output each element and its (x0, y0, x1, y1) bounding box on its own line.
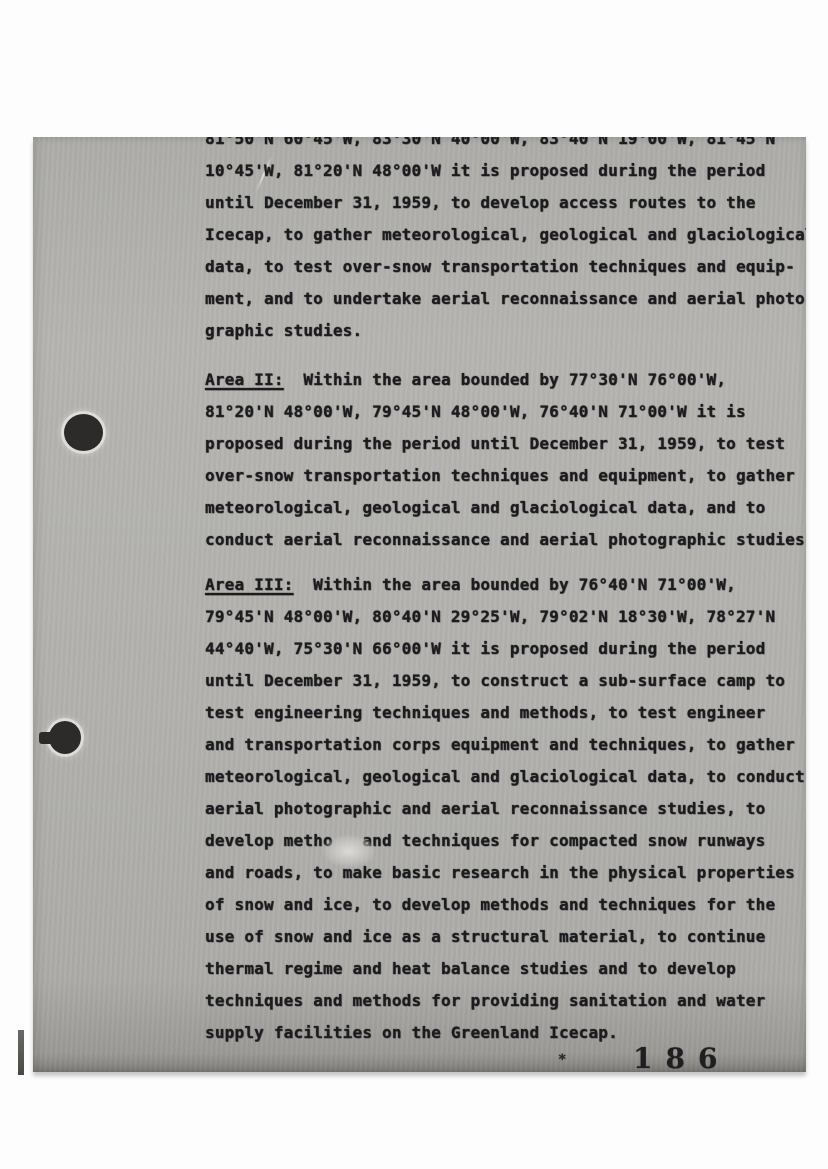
text-line: Icecap, to gather meteorological, geolog… (205, 219, 806, 251)
text-line: 10°45'W, 81°20'N 48°00'W it is proposed … (205, 155, 806, 187)
text-line: 81°20'N 48°00'W, 79°45'N 48°00'W, 76°40'… (205, 396, 806, 428)
page-number-stamp: 186 (633, 1042, 730, 1072)
area-iii-heading: Area III: (205, 575, 294, 594)
text-line: until December 31, 1959, to develop acce… (205, 187, 806, 219)
text-line: Area II: Within the area bounded by 77°3… (205, 364, 806, 396)
text-line: use of snow and ice as a structural mate… (205, 921, 806, 953)
text-line: meteorological, geological and glaciolog… (205, 761, 806, 793)
heading-rest: Within the area bounded by 76°40'N 71°00… (294, 575, 736, 594)
text-line: thermal regime and heat balance studies … (205, 953, 806, 985)
text-line: test engineering techniques and methods,… (205, 697, 806, 729)
paragraph-area-iii: Area III: Within the area bounded by 76°… (205, 569, 806, 1049)
paragraph-area-ii: Area II: Within the area bounded by 77°3… (205, 364, 806, 556)
scanned-page: 81°50'N 60°45'W, 83°30'N 40°00'W, 83°40'… (33, 137, 806, 1072)
text-line: and transportation corps equipment and t… (205, 729, 806, 761)
text-line: data, to test over-snow transportation t… (205, 251, 806, 283)
text-line: techniques and methods for providing san… (205, 985, 806, 1017)
text-line: 81°50'N 60°45'W, 83°30'N 40°00'W, 83°40'… (205, 137, 806, 155)
text-line: over-snow transportation techniques and … (205, 460, 806, 492)
punch-hole-top (64, 414, 103, 451)
heading-rest: Within the area bounded by 77°30'N 76°00… (284, 370, 726, 389)
whiteout-smudge (323, 835, 375, 867)
text-line: develop metho and techniques for compact… (205, 825, 806, 857)
page-footer: * 186 (33, 1042, 806, 1072)
text-line: meteorological, geological and glaciolog… (205, 492, 806, 524)
scan-edge-artifact (18, 1030, 24, 1075)
text-line: proposed during the period until Decembe… (205, 428, 806, 460)
footer-mark: * (558, 1052, 566, 1068)
text-block: 81°50'N 60°45'W, 83°30'N 40°00'W, 83°40'… (205, 137, 806, 1049)
text-line: aerial photographic and aerial reconnais… (205, 793, 806, 825)
scan-canvas: 81°50'N 60°45'W, 83°30'N 40°00'W, 83°40'… (0, 0, 828, 1169)
text-line: conduct aerial reconnaissance and aerial… (205, 524, 806, 556)
text-line: of snow and ice, to develop methods and … (205, 889, 806, 921)
paragraph-area-i: 81°50'N 60°45'W, 83°30'N 40°00'W, 83°40'… (205, 137, 806, 347)
punch-hole-bottom (49, 721, 81, 754)
text-line: Area III: Within the area bounded by 76°… (205, 569, 806, 601)
text-line: graphic studies. (205, 315, 806, 347)
text-line: and roads, to make basic research in the… (205, 857, 806, 889)
text-line: until December 31, 1959, to construct a … (205, 665, 806, 697)
area-ii-heading: Area II: (205, 370, 284, 389)
text-line: ment, and to undertake aerial reconnaiss… (205, 283, 806, 315)
text-line: 79°45'N 48°00'W, 80°40'N 29°25'W, 79°02'… (205, 601, 806, 633)
text-line: 44°40'W, 75°30'N 66°00'W it is proposed … (205, 633, 806, 665)
